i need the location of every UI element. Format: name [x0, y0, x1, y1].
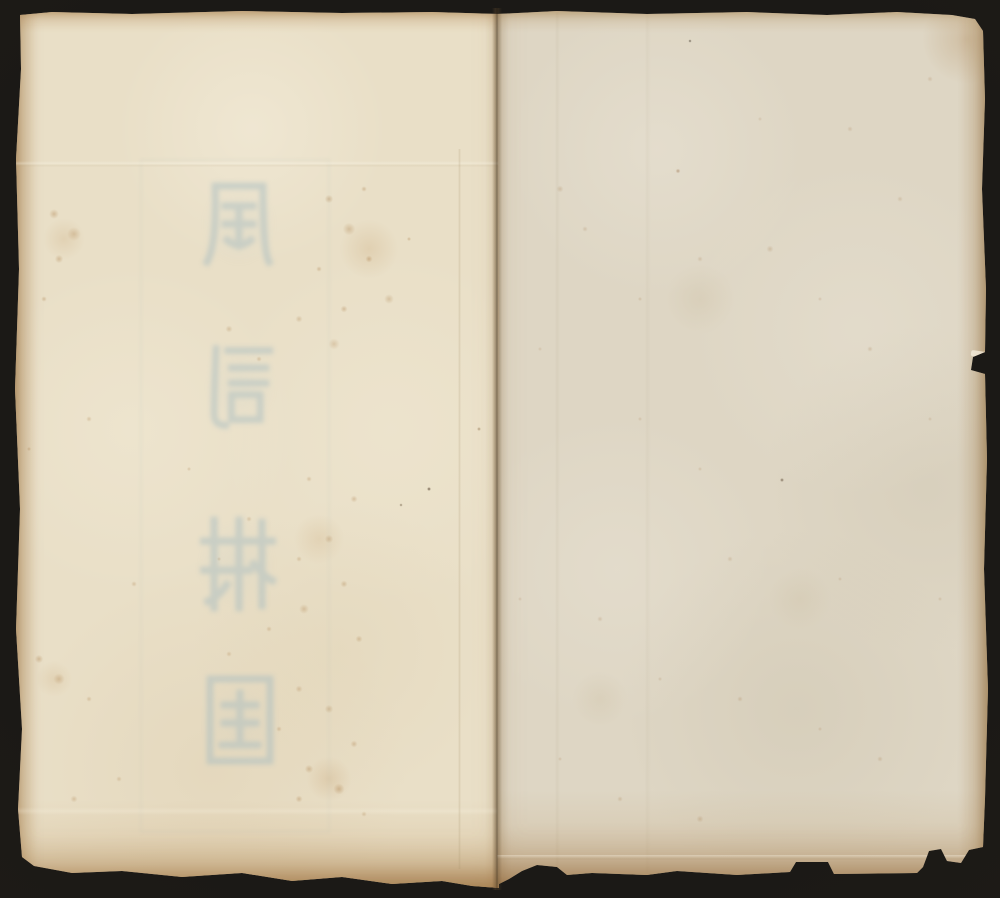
showthrough-character-3	[190, 512, 284, 616]
vertical-paper-crease	[458, 149, 461, 869]
left-page	[12, 9, 499, 890]
book-gutter-seam	[492, 8, 502, 890]
showthrough-glyph-icon	[194, 174, 284, 274]
showthrough-glyph-icon	[198, 339, 284, 435]
bottom-edge-crease	[497, 855, 988, 860]
edge-tear-highlight	[971, 350, 987, 358]
showthrough-character-1	[194, 174, 284, 274]
showthrough-glyph-icon	[196, 671, 284, 771]
showthrough-character-4	[196, 671, 284, 771]
right-page	[497, 9, 988, 890]
showthrough-character-2	[198, 339, 284, 435]
showthrough-glyph-icon	[190, 512, 284, 616]
book-scan	[0, 0, 1000, 898]
